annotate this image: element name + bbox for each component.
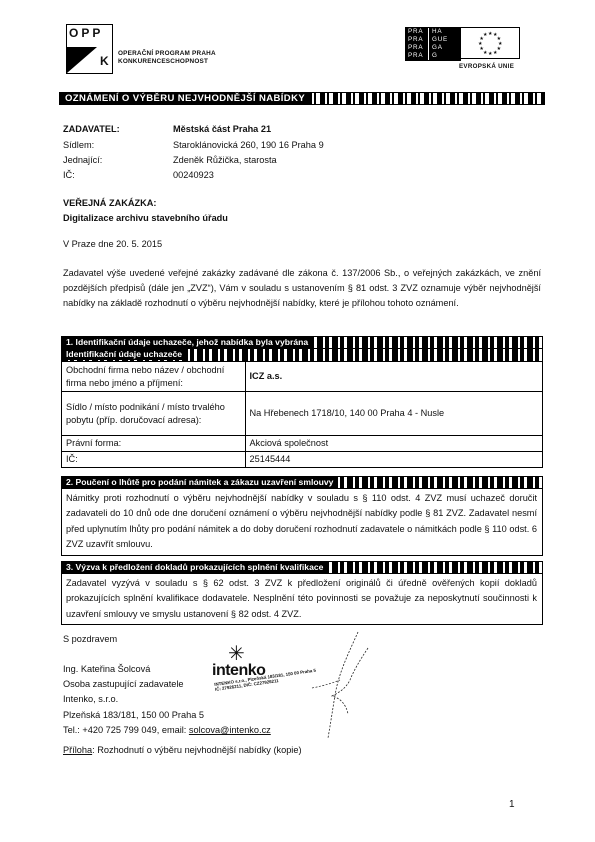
section1-title: 1. Identifikační údaje uchazeče, jehož n… (63, 337, 311, 348)
row-label: Sídlo / místo podnikání / místo trvalého… (62, 392, 245, 436)
star-icon: ★ (497, 37, 501, 42)
section-objections: 2. Poučení o lhůtě pro podání námitek a … (61, 476, 543, 556)
section3-title: 3. Výzva k předložení dokladů prokazujíc… (63, 562, 326, 573)
attachment-text: : Rozhodnutí o výběru nejvhodnější nabíd… (92, 745, 301, 755)
zadavatel-value-ic: 00240923 (173, 170, 214, 180)
section3-body: Zadavatel vyzývá v souladu s § 62 odst. … (62, 574, 542, 624)
oppk-letters: OPP (69, 26, 103, 40)
eu-label: EVROPSKÁ UNIE (459, 63, 514, 70)
contact-prefix: Tel.: +420 725 799 049, email: (63, 725, 189, 735)
zadavatel-label-sidlo: Sídlem: (63, 140, 94, 150)
document-title-bar: OZNÁMENÍ O VÝBĚRU NEJVHODNĚJŠÍ NABÍDKY (59, 92, 545, 105)
row-value: Akciová společnost (245, 436, 542, 452)
zadavatel-value-jednajici: Zdeněk Růžička, starosta (173, 155, 277, 165)
section1-subtitle: Identifikační údaje uchazeče (63, 349, 185, 360)
praha-right: HA (429, 28, 442, 36)
praha-right: GA (429, 44, 443, 52)
star-icon: ★ (483, 33, 487, 38)
praha-row: PRAHA (408, 28, 458, 36)
oppk-line1: OPERAČNÍ PROGRAM PRAHA (118, 50, 216, 58)
row-label: IČ: (62, 452, 245, 468)
page-number: 1 (509, 799, 515, 810)
eu-stars-icon: ★★★★★★★★★★★★ (478, 32, 502, 56)
row-value: ICZ a.s. (245, 362, 542, 392)
section2-header: 2. Poučení o lhůtě pro podání námitek a … (62, 477, 542, 489)
praha-row: PRAG (408, 52, 458, 60)
row-value: Na Hřebenech 1718/10, 140 00 Praha 4 - N… (245, 392, 542, 436)
praha-left: PRA (408, 36, 429, 44)
document-title: OZNÁMENÍ O VÝBĚRU NEJVHODNĚJŠÍ NABÍDKY (62, 93, 308, 104)
table-row: IČ: 25145444 (62, 452, 542, 468)
email-link[interactable]: solcova@intenko.cz (189, 725, 271, 735)
praha-right: G (429, 52, 438, 60)
signatory-contact: Tel.: +420 725 799 049, email: solcova@i… (63, 723, 271, 738)
attachment-line: Příloha: Rozhodnutí o výběru nejvhodnějš… (63, 743, 302, 758)
row-label: Obchodní firma nebo název / obchodní fir… (62, 362, 245, 392)
zadavatel-name: Městská část Praha 21 (173, 124, 271, 134)
section3-header: 3. Výzva k předložení dokladů prokazujíc… (62, 562, 542, 574)
zadavatel-heading: ZADAVATEL: (63, 124, 120, 134)
section-qualification: 3. Výzva k předložení dokladů prokazujíc… (61, 561, 543, 625)
praha-left: PRA (408, 44, 429, 52)
identification-table: Obchodní firma nebo název / obchodní fir… (62, 361, 542, 467)
section-identification: 1. Identifikační údaje uchazeče, jehož n… (61, 336, 543, 468)
zakazka-name: Digitalizace archivu stavebního úřadu (63, 213, 228, 223)
section1-subheader: Identifikační údaje uchazeče (62, 349, 542, 361)
section2-body: Námitky proti rozhodnutí o výběru nejvho… (62, 489, 542, 555)
star-icon: ★ (488, 32, 492, 37)
row-value: 25145444 (245, 452, 542, 468)
zadavatel-label-jednajici: Jednající: (63, 155, 102, 165)
oppk-line2: KONKURENCESCHOPNOST (118, 58, 216, 66)
row-label: Právní forma: (62, 436, 245, 452)
oppk-logo: OPP K (66, 24, 113, 74)
table-row: Obchodní firma nebo název / obchodní fir… (62, 362, 542, 392)
zadavatel-label-ic: IČ: (63, 170, 75, 180)
zakazka-heading: VEŘEJNÁ ZAKÁZKA: (63, 198, 156, 208)
oppk-k: K (100, 54, 109, 68)
section2-title: 2. Poučení o lhůtě pro podání námitek a … (63, 477, 336, 488)
sunburst-icon: ✳ (228, 644, 245, 664)
oppk-program-name: OPERAČNÍ PROGRAM PRAHA KONKURENCESCHOPNO… (118, 50, 216, 66)
intro-paragraph: Zadavatel výše uvedené veřejné zakázky z… (63, 266, 541, 311)
oppk-triangle-icon (67, 47, 97, 73)
praha-row: PRAGUE (408, 36, 458, 44)
signatory-address: Plzeňská 183/181, 150 00 Praha 5 (63, 708, 271, 723)
greeting: S pozdravem (63, 632, 117, 647)
eu-flag-icon: ★★★★★★★★★★★★ (459, 27, 520, 59)
praha-divider (428, 28, 429, 60)
table-row: Sídlo / místo podnikání / místo trvalého… (62, 392, 542, 436)
star-icon: ★ (488, 52, 492, 57)
star-icon: ★ (493, 51, 497, 56)
praha-left: PRA (408, 28, 429, 36)
place-date: V Praze dne 20. 5. 2015 (63, 239, 162, 249)
praha-left: PRA (408, 52, 429, 60)
star-icon: ★ (479, 47, 483, 52)
attachment-label: Příloha (63, 745, 92, 755)
table-row: Právní forma: Akciová společnost (62, 436, 542, 452)
praha-logo: PRAHA PRAGUE PRAGA PRAG (405, 27, 461, 61)
section1-header: 1. Identifikační údaje uchazeče, jehož n… (62, 337, 542, 349)
handwritten-signature-icon (310, 630, 370, 740)
praha-right: GUE (429, 36, 448, 44)
zadavatel-value-sidlo: Staroklánovická 260, 190 16 Praha 9 (173, 140, 324, 150)
praha-row: PRAGA (408, 44, 458, 52)
star-icon: ★ (478, 42, 482, 47)
